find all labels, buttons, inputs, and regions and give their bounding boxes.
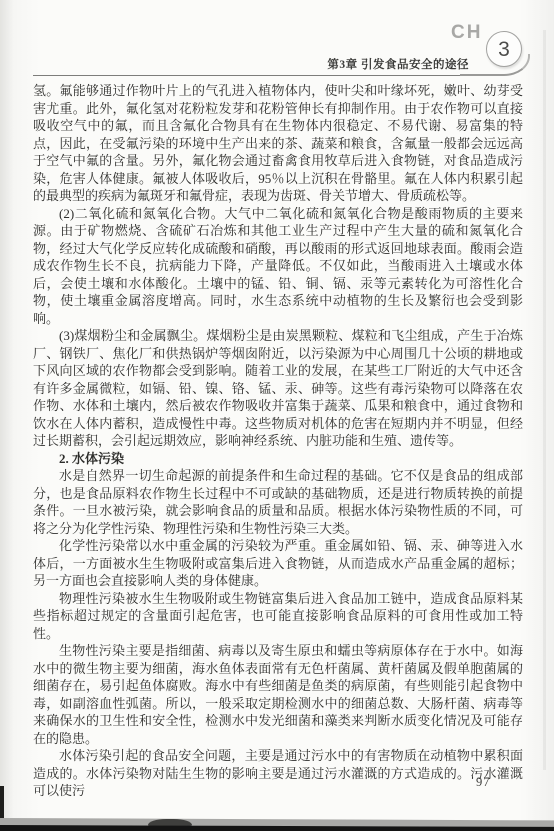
- chapter-title-running-head: 第3章 引发食品安全的途径: [327, 56, 469, 72]
- chapter-header-ch-label: CH: [451, 22, 482, 44]
- paragraph: 水体污染引起的食品安全问题，主要是通过污水中的有害物质在动植物中累积面造成的。水…: [33, 747, 523, 800]
- paragraph: 生物性污染主要是指细菌、病毒以及寄生原虫和蠕虫等病原体存在于水中。如海水中的微生…: [33, 642, 523, 747]
- header-rule: [33, 75, 463, 76]
- body-text: 氢。氟能够通过作物叶片上的气孔进入植物体内，使叶尖和叶缘坏死，嫩叶、幼芽受害尤重…: [33, 82, 523, 800]
- paragraph: 氢。氟能够通过作物叶片上的气孔进入植物体内，使叶尖和叶缘坏死，嫩叶、幼芽受害尤重…: [33, 82, 523, 205]
- paragraph: (2)二氧化硫和氮氧化合物。大气中二氧化硫和氮氧化合物是酸雨物质的主要来源。由于…: [33, 205, 523, 328]
- scan-bottom-black-band: [0, 825, 554, 831]
- paragraph: 2. 水体污染: [33, 450, 523, 468]
- paragraph: 化学性污染常以水中重金属的污染较为严重。重金属如铅、镉、汞、砷等进入水体后，一方…: [33, 537, 523, 590]
- chapter-number: 3: [498, 39, 510, 60]
- book-page-scan: CH 第3章 引发食品安全的途径 3 氢。氟能够通过作物叶片上的气孔进入植物体内…: [0, 0, 554, 831]
- paragraph: 水是自然界一切生命起源的前提条件和生命过程的基础。它不仅是食品的组成部分，也是食…: [33, 467, 523, 537]
- paragraph: 物理性污染被水生生物吸附或生物链富集后进入食品加工链中，造成食品原料某些指标超过…: [33, 590, 523, 643]
- page-number: 97: [476, 775, 491, 790]
- paragraph: (3)煤烟粉尘和金属飘尘。煤烟粉尘是由炭黑颗粒、煤粒和飞尘组成，产生于冶炼厂、钢…: [33, 327, 523, 450]
- chapter-number-badge: 3: [486, 31, 522, 67]
- scan-right-edge-shadow: [543, 30, 546, 770]
